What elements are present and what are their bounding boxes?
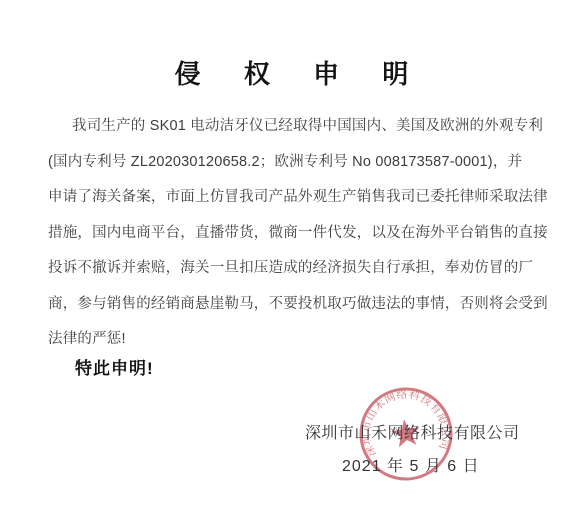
document-title: 侵 权 申 明 xyxy=(0,54,579,91)
paragraph-line-1: 我司生产的 SK01 电动洁牙仪已经取得中国国内、美国及欧洲的外观专利 xyxy=(48,107,540,143)
document-date: 2021 年 5 月 6 日 xyxy=(342,453,480,476)
paragraph-line-2: (国内专利号 ZL202030120658.2；欧洲专利号 No 0081735… xyxy=(48,143,540,179)
paragraph-line-6: 商，参与销售的经销商悬崖勒马，不要投机取巧做违法的事情，否则将会受到 xyxy=(48,285,540,321)
document-page: 侵 权 申 明 我司生产的 SK01 电动洁牙仪已经取得中国国内、美国及欧洲的外… xyxy=(0,0,579,531)
paragraph-line-5: 投诉不撤诉并索赔，海关一旦扣压造成的经济损失自行承担，奉劝仿冒的厂 xyxy=(48,249,540,285)
paragraph-line-4: 措施，国内电商平台，直播带货，微商一件代发，以及在海外平台销售的直接 xyxy=(48,214,540,250)
paragraph-line-3: 申请了海关备案，市面上仿冒我司产品外观生产销售我司已委托律师采取法律 xyxy=(48,178,540,214)
closing-statement: 特此申明! xyxy=(75,354,154,379)
company-name: 深圳市山禾网络科技有限公司 xyxy=(305,420,520,443)
paragraph-line-7: 法律的严惩! xyxy=(48,320,540,356)
document-body: 我司生产的 SK01 电动洁牙仪已经取得中国国内、美国及欧洲的外观专利 (国内专… xyxy=(48,107,540,356)
